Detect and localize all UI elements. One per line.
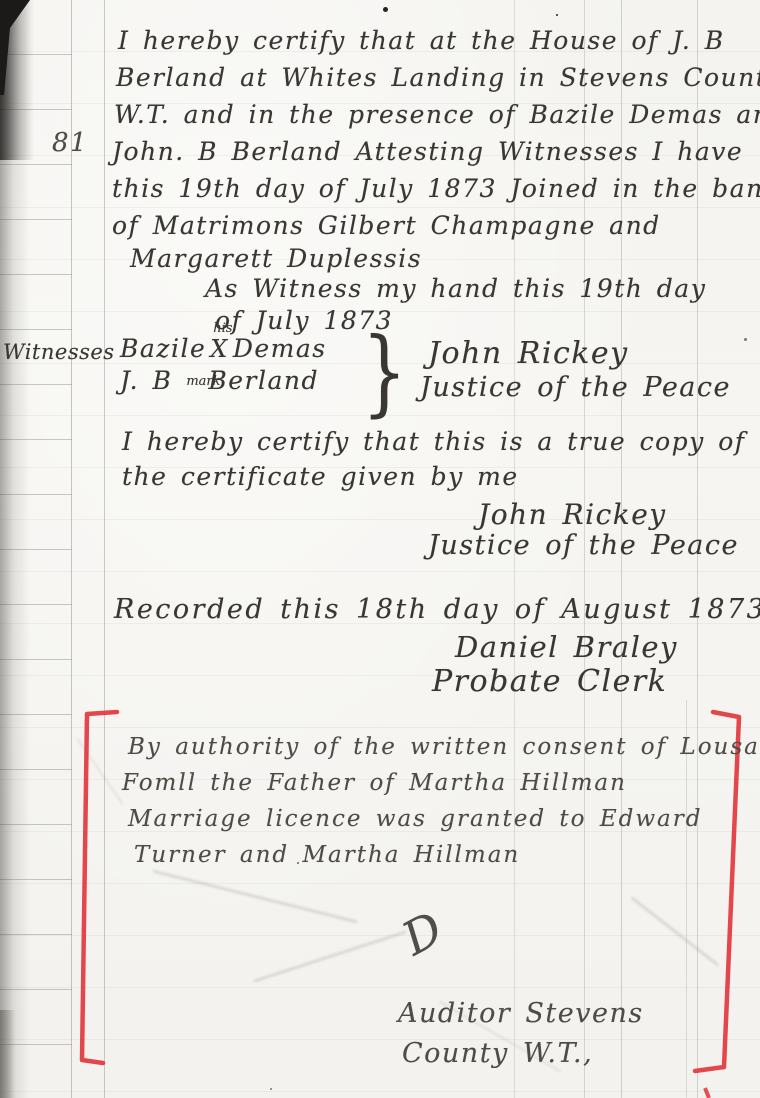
scanned-document-page: 81 I hereby certify that at the House of… [0, 0, 760, 1098]
show-through-mark [253, 930, 406, 982]
ink-speck [744, 338, 747, 341]
margin-rule-line [71, 0, 72, 1098]
true-copy-title: Justice of the Peace [428, 530, 739, 561]
witness-1-name-last: Demas [233, 334, 327, 363]
red-bracket-right [695, 712, 739, 1071]
true-copy-line: I hereby certify that this is a true cop… [122, 427, 746, 456]
witness-signature-2: J. BmarkBerland [120, 366, 319, 395]
auditor-signature-line1: Auditor Stevens [398, 998, 644, 1029]
certificate-line: of Matrimons Gilbert Champagne and [112, 211, 661, 240]
certificate-line: this 19th day of July 1873 Joined in the… [112, 174, 760, 203]
true-copy-line: the certificate given by me [122, 462, 519, 491]
witness-2-name-last: Berland [208, 366, 319, 395]
margin-rule-line [104, 0, 105, 1098]
witness-2-name-first: J. B [120, 366, 172, 395]
certificate-line: I hereby certify that at the House of J.… [118, 26, 725, 55]
margin-record-number: 81 [52, 128, 88, 158]
annotation-line: Turner and Martha Hillman [134, 842, 520, 868]
officiant-signature: John Rickey [428, 336, 629, 371]
witnesses-margin-label: Witnesses [3, 340, 115, 364]
red-bracket-tail [705, 1088, 709, 1098]
pen-flourish-d: D [394, 900, 453, 966]
annotation-line: By authority of the written consent of L… [128, 734, 760, 760]
show-through-mark [631, 896, 720, 966]
red-bracket-left [82, 712, 117, 1063]
show-through-mark [76, 738, 124, 805]
scan-gutter-shadow-bottom [0, 1010, 16, 1098]
scan-gutter-shadow [0, 0, 30, 1098]
mark-word-his: his [213, 321, 232, 336]
witness-signature-1: BazilehisXDemas [120, 334, 327, 363]
officiant-title: Justice of the Peace [420, 372, 731, 403]
true-copy-signature: John Rickey [478, 498, 667, 531]
ink-speck [270, 1088, 272, 1090]
attest-line: As Witness my hand this 19th day [205, 274, 706, 303]
annotation-line: Marriage licence was granted to Edward [128, 806, 702, 832]
certificate-line: W.T. and in the presence of Bazile Demas… [114, 100, 760, 129]
clerk-title: Probate Clerk [432, 664, 667, 699]
ink-speck [383, 7, 388, 12]
curly-brace: } [362, 318, 408, 427]
certificate-line: Margarett Duplessis [130, 244, 422, 273]
mark-word-mark: mark [186, 374, 220, 389]
certificate-line: Berland at Whites Landing in Stevens Cou… [116, 63, 760, 92]
recorded-line: Recorded this 18th day of August 1873 [114, 594, 760, 625]
show-through-mark [153, 870, 357, 924]
ink-speck [556, 14, 558, 16]
certificate-line: John. B Berland Attesting Witnesses I ha… [112, 137, 743, 166]
annotation-line: Fomll the Father of Martha Hillman [122, 770, 627, 796]
auditor-signature-line2: County W.T., [402, 1038, 593, 1069]
witness-1-name-first: Bazile [120, 334, 206, 363]
his-mark: hisX [210, 334, 229, 363]
clerk-signature: Daniel Braley [455, 630, 678, 664]
x-mark: X [210, 335, 229, 363]
